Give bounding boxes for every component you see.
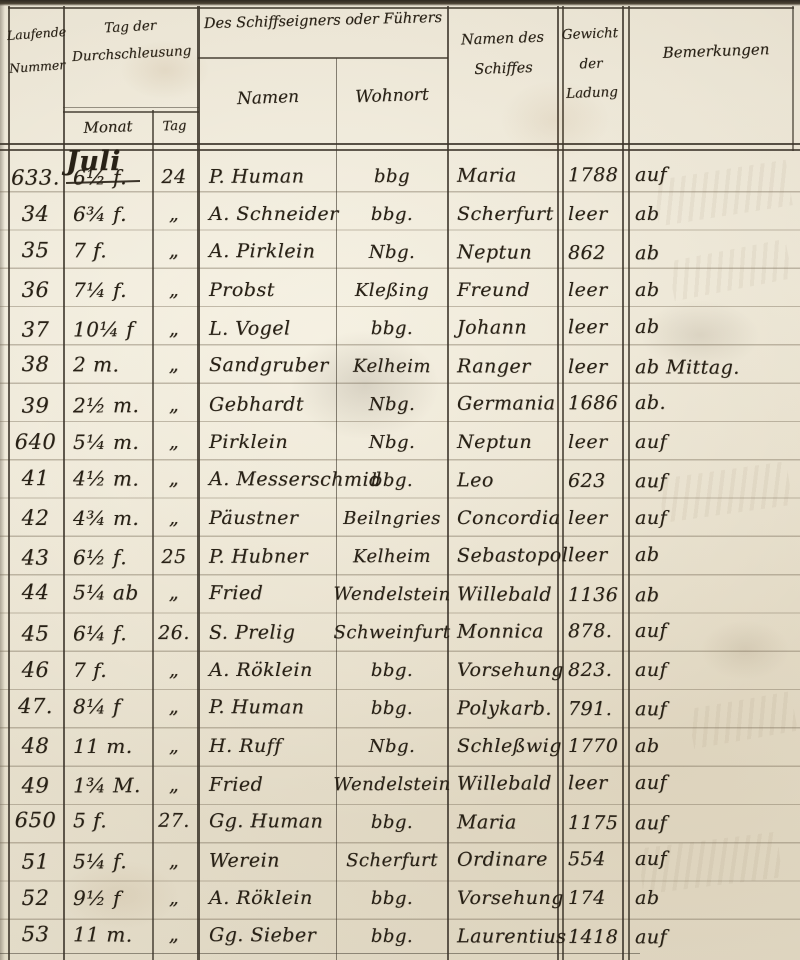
cell-ladung: 791.: [565, 690, 624, 728]
cell-schiffsname: Schleßwig: [452, 727, 561, 765]
cell-laufende-nummer: 650: [8, 801, 63, 839]
cell-ladung: 878.: [565, 612, 624, 650]
cell-laufende-nummer: 51: [8, 842, 63, 880]
grid-hline: [198, 57, 448, 59]
cell-ladung: leer: [565, 764, 624, 802]
cell-bemerkung: ab: [632, 727, 800, 765]
cell-tag: „: [151, 688, 197, 726]
cell-wohnort: bbg.: [338, 195, 446, 233]
cell-uhrzeit: 5 f.: [67, 801, 155, 839]
month-label: Juli: [66, 146, 121, 177]
cell-bemerkung: auf: [632, 462, 800, 501]
cell-bemerkung: auf: [632, 155, 800, 194]
cell-laufende-nummer: 45: [8, 614, 63, 652]
cell-schiffer-name: Pirklein: [204, 423, 339, 461]
cell-laufende-nummer: 52: [8, 879, 63, 917]
cell-laufende-nummer: 53: [8, 915, 63, 953]
cell-laufende-nummer: 41: [8, 459, 63, 497]
cell-schiffer-name: A. Schneider: [204, 195, 339, 233]
cell-schiffer-name: S. Prelig: [204, 613, 339, 652]
cell-laufende-nummer: 640: [8, 423, 63, 461]
cell-bemerkung: auf: [632, 918, 800, 957]
col-subheader-wohnort: Wohnort: [337, 84, 448, 109]
cell-bemerkung: auf: [632, 423, 800, 461]
table-row: 41 4½ m. „ A. Messerschmid bbg. Leo 623 …: [0, 459, 800, 501]
table-row: 42 4¾ m. „ Päustner Beilngries Concordia…: [0, 499, 800, 537]
cell-wohnort: bbg.: [338, 879, 446, 917]
cell-tag: „: [151, 916, 197, 954]
cell-bemerkung: ab Mittag.: [632, 348, 800, 387]
cell-schiffer-name: Werein: [204, 841, 339, 880]
cell-tag: „: [151, 271, 197, 309]
cell-tag: „: [151, 766, 197, 804]
cell-schiffsname: Johann: [452, 308, 561, 346]
cell-laufende-nummer: 38: [8, 345, 63, 383]
cell-laufende-nummer: 46: [8, 651, 63, 689]
cell-wohnort: Nbg.: [338, 233, 446, 272]
cell-bemerkung: ab: [632, 271, 800, 309]
cell-schiffsname: Scherfurt: [452, 195, 561, 233]
table-row: 37 10¼ f „ L. Vogel bbg. Johann leer ab: [0, 307, 800, 348]
cell-ladung: 174: [565, 879, 624, 917]
cell-bemerkung: auf: [632, 499, 800, 537]
cell-tag: „: [151, 651, 197, 689]
cell-tag: „: [151, 386, 197, 424]
cell-uhrzeit: 8¼ f: [67, 687, 155, 725]
cell-schiffsname: Laurentius: [452, 917, 561, 956]
grid-hline: [8, 7, 794, 9]
cell-schiffer-name: Gg. Human: [204, 802, 339, 841]
cell-uhrzeit: 5¼ m.: [67, 423, 155, 461]
cell-uhrzeit: 6¼ f.: [67, 614, 155, 652]
cell-ladung: leer: [565, 195, 624, 233]
cell-schiffsname: Germania: [452, 384, 561, 422]
table-row: 640 5¼ m. „ Pirklein Nbg. Neptun leer au…: [0, 423, 800, 461]
cell-tag: „: [151, 423, 197, 461]
cell-uhrzeit: 7¼ f.: [67, 271, 155, 309]
cell-schiffer-name: P. Human: [204, 157, 339, 196]
cell-bemerkung: ab: [632, 535, 800, 574]
cell-tag: 25: [151, 538, 197, 576]
table-row: 36 7¼ f. „ Probst Kleßing Freund leer ab: [0, 271, 800, 309]
cell-bemerkung: auf: [632, 651, 800, 689]
grid-hline: [63, 111, 199, 113]
cell-laufende-nummer: 49: [8, 766, 63, 804]
cell-wohnort: Kelheim: [338, 347, 446, 386]
cell-bemerkung: ab: [632, 576, 800, 615]
cell-uhrzeit: 6½ f.: [67, 538, 155, 576]
table-row: 44 5¼ ab „ Fried Wendelstein Willebald 1…: [0, 573, 800, 615]
table-row: 49 1¾ M. „ Fried Wendelstein Willebald l…: [0, 763, 800, 804]
table-row: 650 5 f. 27. Gg. Human bbg. Maria 1175 a…: [0, 801, 800, 843]
cell-uhrzeit: 9½ f: [67, 879, 155, 917]
cell-bemerkung: auf: [632, 839, 800, 878]
cell-schiffer-name: Päustner: [204, 499, 339, 537]
table-row: 51 5¼ f. „ Werein Scherfurt Ordinare 554…: [0, 839, 800, 880]
cell-wohnort: Scherfurt: [338, 841, 446, 879]
cell-wohnort: Nbg.: [338, 423, 446, 461]
cell-wohnort: bbg: [338, 157, 446, 195]
col-header-schiffsname: Namen des Schiffes: [451, 22, 555, 86]
grid-hline: [63, 107, 199, 108]
col-header-laufende-nummer: Laufende Nummer: [6, 16, 65, 85]
cell-schiffer-name: Gebhardt: [204, 385, 339, 424]
cell-schiffsname: Neptun: [452, 423, 561, 461]
cell-wohnort: bbg.: [338, 803, 446, 842]
table-row: 39 2½ m. „ Gebhardt Nbg. Germania 1686 a…: [0, 383, 800, 424]
grid-vline: [792, 6, 794, 151]
cell-uhrzeit: 7 f.: [67, 231, 155, 269]
cell-ladung: leer: [565, 271, 624, 309]
cell-bemerkung: ab: [632, 307, 800, 346]
cell-wohnort: Kleßing: [338, 271, 446, 309]
cell-laufende-nummer: 34: [8, 195, 63, 233]
cell-bemerkung: auf: [632, 690, 800, 729]
cell-tag: 26.: [151, 614, 197, 652]
cell-laufende-nummer: 47.: [8, 687, 63, 725]
cell-ladung: 1686: [565, 384, 624, 422]
cell-schiffer-name: A. Röklein: [204, 879, 339, 917]
cell-wohnort: Wendelstein: [338, 765, 446, 803]
cell-ladung: leer: [565, 308, 624, 346]
cell-ladung: 1788: [565, 156, 624, 194]
cell-uhrzeit: 2 m.: [67, 345, 155, 383]
cell-schiffsname: Ordinare: [452, 840, 561, 878]
cell-ladung: 823.: [565, 651, 624, 689]
cell-laufende-nummer: 633.: [8, 158, 63, 196]
cell-schiffsname: Maria: [452, 803, 561, 842]
cell-schiffer-name: P. Hubner: [204, 537, 339, 576]
col-header-tag-der-durchschleusung: Tag der Durchschleusung: [63, 11, 200, 72]
col-subheader-tag: Tag: [152, 118, 198, 136]
cell-uhrzeit: 2½ m.: [67, 386, 155, 424]
cell-uhrzeit: 6¾ f.: [67, 195, 155, 233]
cell-schiffsname: Maria: [452, 156, 561, 194]
col-subheader-namen: Namen: [200, 86, 337, 112]
cell-schiffer-name: H. Ruff: [204, 727, 339, 765]
cell-wohnort: bbg.: [338, 651, 446, 689]
cell-schiffer-name: L. Vogel: [204, 309, 339, 348]
table-row: 38 2 m. „ Sandgruber Kelheim Ranger leer…: [0, 345, 800, 387]
cell-tag: „: [151, 574, 197, 612]
cell-wohnort: Schweinfurt: [338, 613, 446, 651]
cell-schiffer-name: Fried: [204, 765, 339, 804]
cell-schiffsname: Willebald: [452, 764, 561, 802]
cell-uhrzeit: 11 m.: [67, 915, 155, 953]
cell-uhrzeit: 4¾ m.: [67, 499, 155, 537]
table-row: 47. 8¼ f „ P. Human bbg. Polykarb. 791. …: [0, 687, 800, 729]
cell-schiffsname: Monnica: [452, 612, 561, 650]
cell-wohnort: bbg.: [338, 917, 446, 956]
cell-ladung: 1770: [565, 727, 624, 765]
cell-wohnort: Wendelstein: [338, 575, 446, 614]
cell-schiffsname: Vorsehung: [452, 651, 561, 689]
cell-ladung: 623: [565, 462, 624, 500]
table-row: 43 6½ f. 25 P. Hubner Kelheim Sebastopol…: [0, 535, 800, 576]
table-row: 35 7 f. „ A. Pirklein Nbg. Neptun 862 ab: [0, 231, 800, 273]
cell-ladung: leer: [565, 423, 624, 461]
cell-laufende-nummer: 42: [8, 499, 63, 537]
cell-ladung: 1175: [565, 804, 624, 842]
cell-bemerkung: auf: [632, 763, 800, 802]
cell-wohnort: bbg.: [338, 689, 446, 728]
cell-wohnort: Kelheim: [338, 537, 446, 575]
ledger-page: Laufende Nummer Tag der Durchschleusung …: [0, 0, 800, 960]
cell-wohnort: Nbg.: [338, 727, 446, 765]
cell-schiffer-name: Gg. Sieber: [204, 916, 339, 955]
cell-schiffer-name: A. Röklein: [204, 651, 339, 689]
col-header-schiffseigner: Des Schiffseigners oder Führers: [202, 9, 444, 33]
cell-laufende-nummer: 39: [8, 386, 63, 424]
cell-bemerkung: auf: [632, 804, 800, 843]
cell-schiffsname: Willebald: [452, 575, 561, 614]
cell-schiffsname: Freund: [452, 271, 561, 309]
cell-uhrzeit: 11 m.: [67, 727, 155, 765]
cell-uhrzeit: 5¼ ab: [67, 573, 155, 611]
cell-bemerkung: ab.: [632, 383, 800, 422]
cell-laufende-nummer: 36: [8, 271, 63, 309]
cell-uhrzeit: 10¼ f: [67, 310, 155, 348]
page-top-edge: [0, 0, 800, 6]
table-row: 45 6¼ f. 26. S. Prelig Schweinfurt Monni…: [0, 611, 800, 652]
cell-ladung: 1418: [565, 918, 624, 956]
cell-uhrzeit: 1¾ M.: [67, 766, 155, 804]
cell-schiffsname: Neptun: [452, 233, 561, 272]
col-subheader-monat: Monat: [66, 117, 151, 139]
cell-schiffsname: Sebastopol: [452, 536, 561, 574]
cell-tag: „: [151, 195, 197, 233]
cell-uhrzeit: 4½ m.: [67, 459, 155, 497]
cell-schiffsname: Leo: [452, 461, 561, 500]
cell-tag: 24: [151, 158, 197, 196]
cell-schiffer-name: Fried: [204, 574, 339, 613]
col-header-ladung: Gewicht der Ladung: [558, 19, 623, 110]
cell-laufende-nummer: 37: [8, 310, 63, 348]
cell-laufende-nummer: 44: [8, 573, 63, 611]
cell-schiffer-name: P. Human: [204, 688, 339, 727]
cell-tag: „: [151, 879, 197, 917]
cell-wohnort: Nbg.: [338, 385, 446, 423]
ledger-rows: 633. 6½ f. 24 P. Human bbg Maria 1788 au…: [0, 157, 800, 955]
cell-laufende-nummer: 43: [8, 538, 63, 576]
cell-tag: „: [151, 499, 197, 537]
cell-ladung: 554: [565, 840, 624, 878]
cell-ladung: 862: [565, 234, 624, 272]
cell-schiffsname: Vorsehung: [452, 879, 561, 917]
cell-tag: „: [151, 232, 197, 270]
table-row: 52 9½ f „ A. Röklein bbg. Vorsehung 174 …: [0, 879, 800, 917]
cell-schiffsname: Ranger: [452, 347, 561, 386]
cell-wohnort: bbg.: [338, 309, 446, 347]
cell-ladung: leer: [565, 536, 624, 574]
cell-laufende-nummer: 48: [8, 727, 63, 765]
cell-bemerkung: ab: [632, 234, 800, 273]
cell-tag: „: [151, 310, 197, 348]
cell-ladung: leer: [565, 499, 624, 537]
grid-hline: [0, 143, 800, 145]
cell-bemerkung: auf: [632, 611, 800, 650]
cell-schiffer-name: Sandgruber: [204, 346, 339, 385]
cell-bemerkung: ab: [632, 195, 800, 233]
cell-uhrzeit: 5¼ f.: [67, 842, 155, 880]
cell-tag: „: [151, 842, 197, 880]
cell-tag: „: [151, 346, 197, 384]
cell-wohnort: bbg.: [338, 461, 446, 500]
cell-tag: 27.: [151, 802, 197, 840]
table-row: 53 11 m. „ Gg. Sieber bbg. Laurentius 14…: [0, 915, 800, 957]
cell-ladung: 1136: [565, 576, 624, 614]
cell-wohnort: Beilngries: [338, 499, 446, 537]
cell-schiffsname: Concordia: [452, 499, 561, 537]
cell-tag: „: [151, 460, 197, 498]
cell-ladung: leer: [565, 348, 624, 386]
col-header-bemerkungen: Bemerkungen: [636, 39, 797, 63]
table-row: 46 7 f. „ A. Röklein bbg. Vorsehung 823.…: [0, 651, 800, 689]
cell-laufende-nummer: 35: [8, 231, 63, 269]
cell-schiffer-name: A. Pirklein: [204, 232, 339, 271]
cell-schiffer-name: Probst: [204, 271, 339, 309]
cell-tag: „: [151, 727, 197, 765]
cell-uhrzeit: 7 f.: [67, 651, 155, 689]
cell-bemerkung: ab: [632, 879, 800, 917]
cell-schiffer-name: A. Messerschmid: [204, 460, 339, 499]
cell-schiffsname: Polykarb.: [452, 689, 561, 728]
table-row: 34 6¾ f. „ A. Schneider bbg. Scherfurt l…: [0, 195, 800, 233]
table-row: 48 11 m. „ H. Ruff Nbg. Schleßwig 1770 a…: [0, 727, 800, 765]
